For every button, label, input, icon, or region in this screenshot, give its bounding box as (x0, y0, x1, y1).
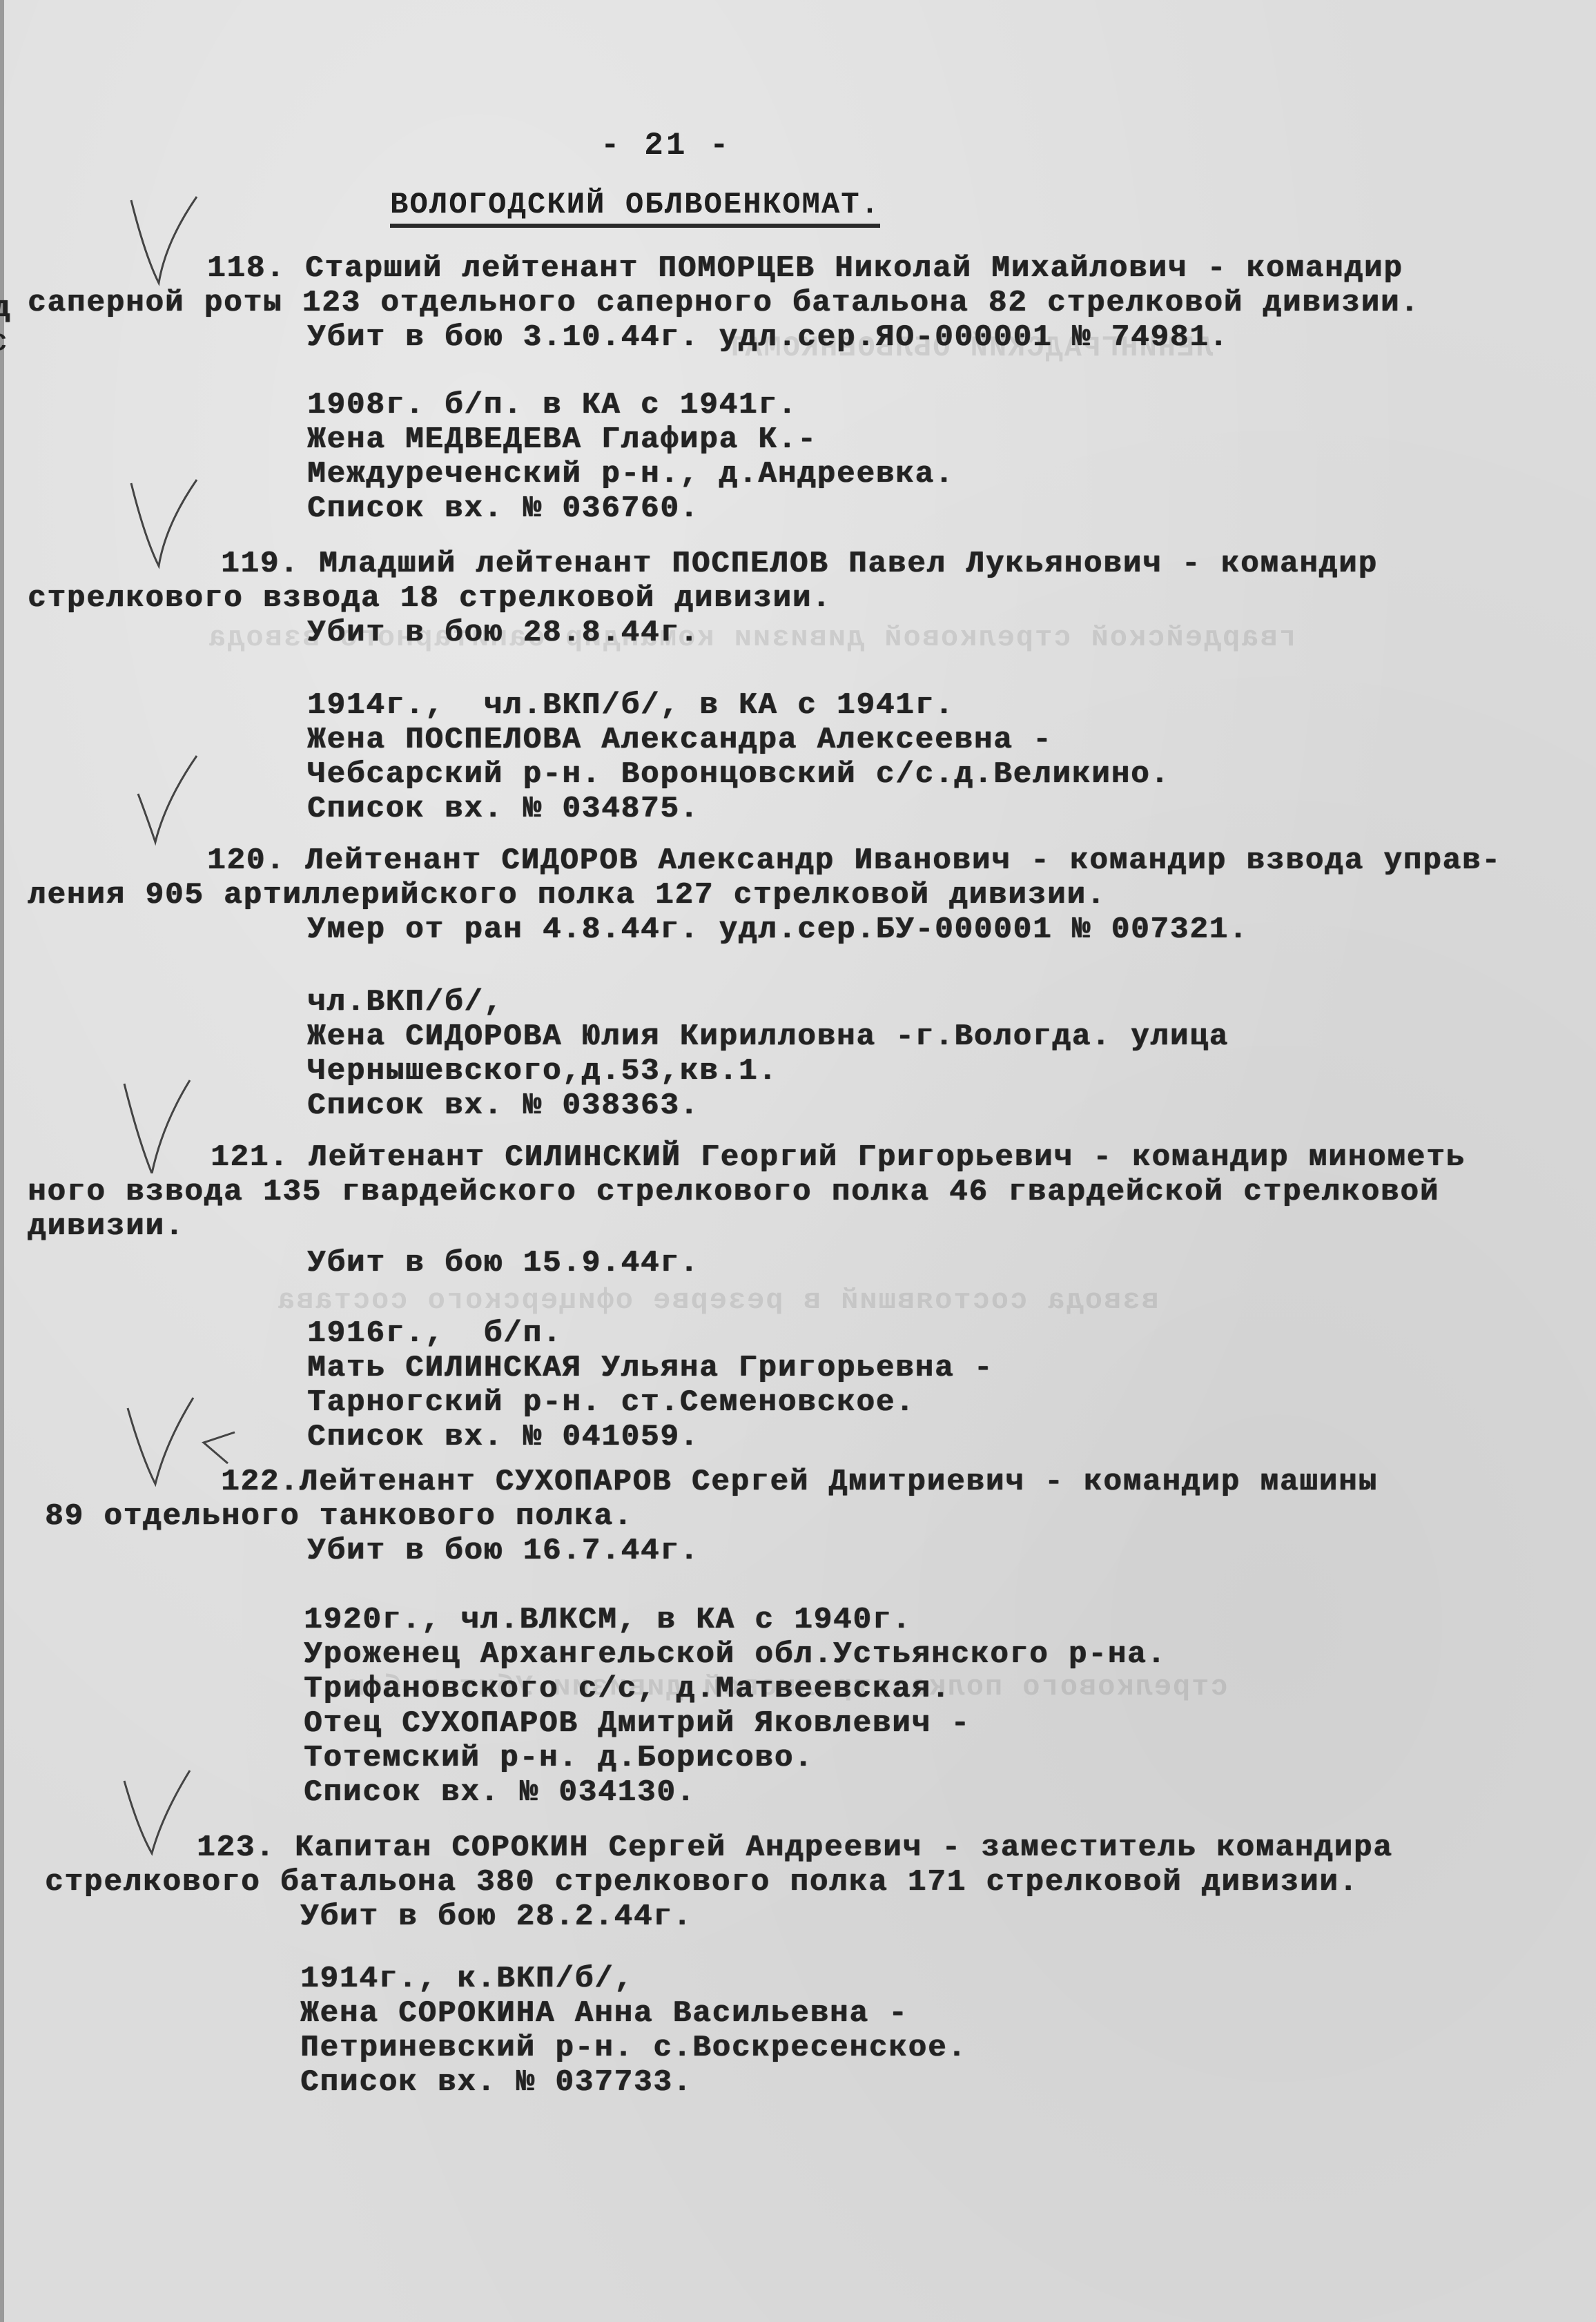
entry-detail: Жена СИДОРОВА Юлия Кирилловна -г.Вологда… (307, 1022, 1229, 1052)
entry-line: 120. Лейтенант СИДОРОВ Александр Иванови… (207, 846, 1501, 876)
checkmark-icon (121, 1767, 197, 1864)
entry-line: Убит в бою 16.7.44г. (307, 1536, 699, 1566)
entry-line: ления 905 артиллерийского полка 127 стре… (28, 880, 1106, 910)
entry-line: 119. Младший лейтенант ПОСПЕЛОВ Павел Лу… (221, 549, 1378, 579)
entry-line: саперной роты 123 отдельного саперного б… (28, 288, 1420, 318)
entry-detail: Отец СУХОПАРОВ Дмитрий Яковлевич - (304, 1708, 971, 1739)
entry-detail: Тарногский р-н. ст.Семеновское. (307, 1387, 915, 1418)
entry-detail: 1916г., б/п. (307, 1318, 562, 1349)
entry-line: стрелкового батальона 380 стрелкового по… (45, 1867, 1359, 1897)
entry-line: 123. Капитан СОРОКИН Сергей Андреевич - … (197, 1833, 1393, 1863)
entry-line: Убит в бою 3.10.44г. удл.сер.ЯО-000001 №… (307, 322, 1229, 353)
margin-fragment: с (0, 327, 8, 358)
entry-line: 121. Лейтенант СИЛИНСКИЙ Георгий Григорь… (211, 1142, 1466, 1173)
entry-detail: Список вх. № 037733. (300, 2067, 692, 2098)
document-page: ЛЕНИНГРАДСКИЙ ОБЛВОЕНКОМАТ гвардейской с… (0, 0, 1596, 2322)
margin-fragment: д (0, 293, 11, 324)
entry-detail: Список вх. № 036760. (307, 494, 699, 524)
entry-line: ного взвода 135 гвардейского стрелкового… (28, 1177, 1439, 1207)
entry-detail: Список вх. № 041059. (307, 1422, 699, 1452)
entry-detail: Список вх. № 034130. (304, 1777, 696, 1808)
entry-detail: Жена ПОСПЕЛОВА Александра Алексеевна - (307, 725, 1052, 755)
entry-detail: Междуреченский р-н., д.Андреевка. (307, 459, 954, 489)
checkmark-icon (121, 1077, 197, 1173)
entry-detail: Чернышевского,д.53,кв.1. (307, 1056, 778, 1086)
checkmark-icon (128, 193, 204, 290)
entry-detail: Тотемский р-н. д.Борисово. (304, 1743, 814, 1773)
entry-line: Убит в бою 28.8.44г. (307, 618, 699, 648)
entry-detail: 1920г., чл.ВЛКСМ, в КА с 1940г. (304, 1605, 912, 1635)
entry-detail: Список вх. № 038363. (307, 1091, 699, 1121)
entry-detail: Уроженец Архангельской обл.Устьянского р… (304, 1639, 1167, 1670)
entry-line: 89 отдельного танкового полка. (45, 1501, 633, 1532)
entry-detail: Мать СИЛИНСКАЯ Ульяна Григорьевна - (307, 1353, 993, 1383)
entry-line: 118. Старший лейтенант ПОМОРЦЕВ Николай … (207, 253, 1403, 284)
entry-detail: Жена МЕДВЕДЕВА Глафира К.- (307, 425, 817, 455)
checkmark-icon (128, 476, 204, 573)
entry-detail: Трифановского с/с, д.Матвеевская. (304, 1674, 951, 1704)
entry-line: Убит в бою 28.2.44г. (300, 1902, 692, 1932)
entry-detail: 1914г., чл.ВКП/б/, в КА с 1941г. (307, 690, 954, 721)
entry-detail: чл.ВКП/б/, (307, 987, 503, 1017)
entry-detail: Жена СОРОКИНА Анна Васильевна - (300, 1998, 908, 2029)
page-heading: ВОЛОГОДСКИЙ ОБЛВОЕНКОМАТ. (390, 188, 880, 228)
bleed-through-text: взвода состоявший в резерве офицерского … (276, 1284, 1159, 1317)
entry-line: Убит в бою 15.9.44г. (307, 1248, 699, 1278)
checkmark-icon (124, 752, 200, 849)
entry-line: стрелкового взвода 18 стрелковой дивизии… (28, 583, 832, 614)
entry-line: Умер от ран 4.8.44г. удл.сер.БУ-000001 №… (307, 915, 1248, 945)
entry-detail: Петриневский р-н. с.Воскресенское. (300, 2033, 967, 2063)
entry-detail: 1908г. б/п. в КА с 1941г. (307, 390, 797, 420)
page-number: - 21 - (601, 128, 732, 164)
entry-line: 122.Лейтенант СУХОПАРОВ Сергей Дмитриеви… (221, 1467, 1378, 1497)
entry-line: дивизии. (28, 1211, 184, 1242)
entry-detail: 1914г., к.ВКП/б/, (300, 1964, 634, 1994)
entry-detail: Чебсарский р-н. Воронцовский с/с.д.Велик… (307, 759, 1170, 790)
entry-detail: Список вх. № 034875. (307, 794, 699, 824)
